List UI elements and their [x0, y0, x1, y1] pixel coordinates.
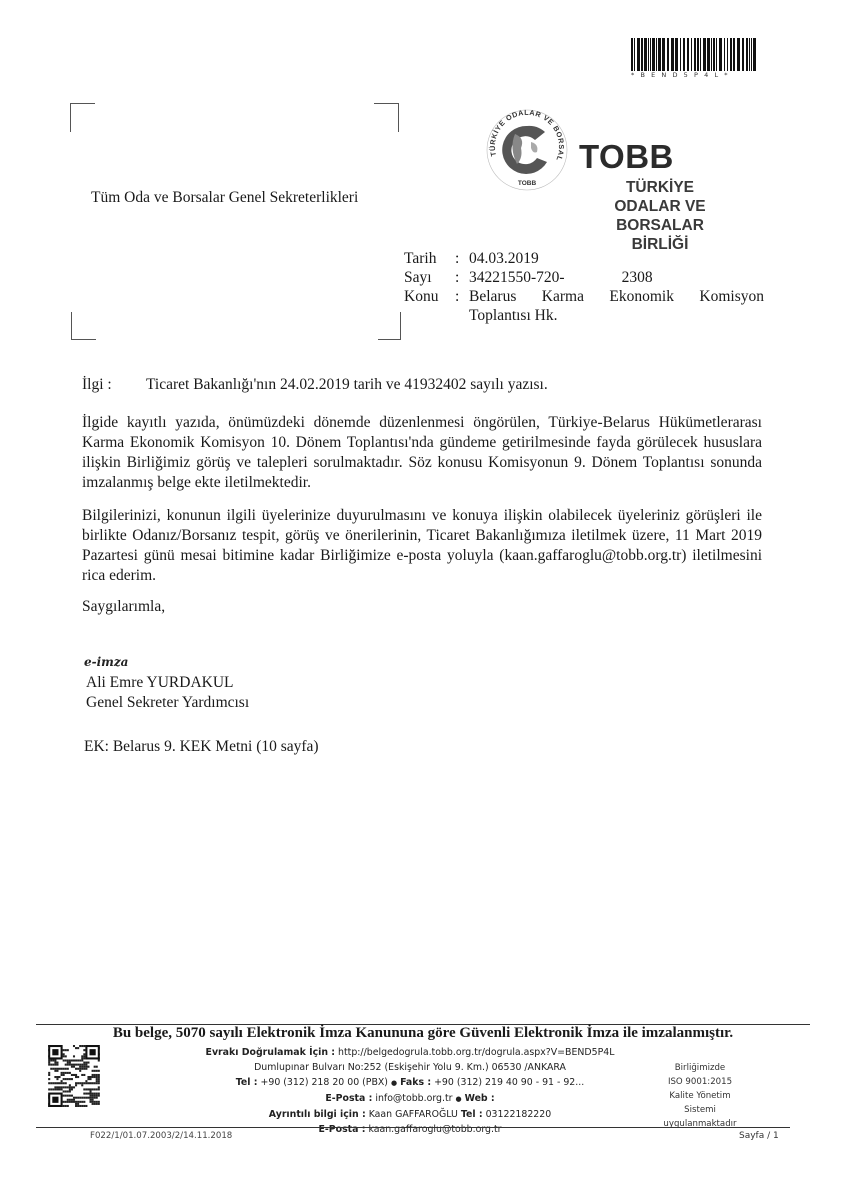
page-number: Sayfa / 1	[739, 1131, 779, 1141]
address-line: Dumlupınar Bulvarı No:252 (Eskişehir Yol…	[175, 1060, 645, 1075]
logo-organization-name: TÜRKİYE ODALAR VE BORSALAR BİRLİĞİ	[570, 178, 750, 254]
contact-name: Kaan GAFFAROĞLU	[369, 1109, 458, 1120]
meta-date-row: Tarih : 04.03.2019	[404, 249, 764, 268]
iso-certification-note: Birliğimizde ISO 9001:2015 Kalite Yöneti…	[650, 1061, 750, 1131]
barcode-text: *BEND5P4L*	[631, 71, 761, 79]
subject-line-2: Toplantısı Hk.	[469, 306, 764, 325]
subject-word: Belarus	[469, 287, 516, 306]
footer-contact-info: Evrakı Doğrulamak İçin : http://belgedog…	[175, 1045, 645, 1137]
logo-acronym: TOBB	[579, 138, 674, 176]
number-label: Sayı	[404, 268, 455, 287]
bullet-separator: ●	[391, 1079, 397, 1087]
email-link[interactable]: info@tobb.org.tr	[375, 1093, 452, 1104]
subject-word: Karma	[542, 287, 584, 306]
barcode-icon	[631, 38, 761, 71]
tel-label: Tel :	[236, 1077, 258, 1088]
signer-title: Genel Sekreter Yardımcısı	[86, 693, 249, 713]
iso-line: ISO 9001:2015	[650, 1075, 750, 1089]
iso-line: Sistemi	[650, 1103, 750, 1117]
fax-label: Faks :	[400, 1077, 431, 1088]
svg-text:TOBB: TOBB	[518, 180, 537, 187]
fax-value: +90 (312) 219 40 90 - 91 - 92...	[434, 1077, 584, 1088]
qr-code-icon	[48, 1045, 100, 1107]
address-window-corner-bottom-right	[378, 312, 401, 340]
address-window-corner-top-right	[374, 103, 399, 132]
colon: :	[455, 249, 469, 268]
number-value: 34221550-720-	[469, 269, 565, 286]
number-suffix: 2308	[622, 269, 653, 286]
tel-value: +90 (312) 218 20 00 (PBX)	[261, 1077, 388, 1088]
contact-email-label: E-Posta :	[318, 1124, 365, 1135]
subject-word: Komisyon	[699, 287, 764, 306]
email-web-line: E-Posta : info@tobb.org.tr ● Web :	[175, 1091, 645, 1107]
number-value-group: 34221550-720-2308	[469, 268, 764, 287]
recipient: Tüm Oda ve Borsalar Genel Sekreterlikler…	[91, 189, 358, 207]
tobb-emblem-icon: TÜRKİYE ODALAR VE BORSALAR BİRLİĞİ TOBB	[485, 108, 569, 192]
subject-word: Ekonomik	[609, 287, 674, 306]
body-paragraph-1: İlgide kayıtlı yazıda, önümüzdeki dönemd…	[82, 413, 762, 493]
reference-text: Ticaret Bakanlığı'nın 24.02.2019 tarih v…	[146, 376, 548, 394]
document-barcode: *BEND5P4L*	[631, 38, 761, 78]
meta-subject-row: Konu : Belarus Karma Ekonomik Komisyon T…	[404, 287, 764, 325]
contact-label: Ayrıntılı bilgi için :	[269, 1109, 366, 1120]
address-window-corner-top-left	[70, 103, 95, 132]
meta-number-row: Sayı : 34221550-720-2308	[404, 268, 764, 287]
document-meta: Tarih : 04.03.2019 Sayı : 34221550-720-2…	[404, 249, 764, 325]
iso-line: Kalite Yönetim	[650, 1089, 750, 1103]
e-signature-mark: e-imza	[84, 655, 128, 669]
contact-email-link[interactable]: kaan.gaffaroglu@tobb.org.tr	[368, 1124, 501, 1135]
body-paragraph-2: Bilgilerinizi, konunun ilgili üyeleriniz…	[82, 506, 762, 586]
contact-line: Ayrıntılı bilgi için : Kaan GAFFAROĞLU T…	[175, 1107, 645, 1122]
form-code: F022/1/01.07.2003/2/14.11.2018	[90, 1131, 232, 1141]
footer-divider-bottom	[36, 1127, 790, 1128]
verify-label: Evrakı Doğrulamak İçin :	[206, 1047, 336, 1058]
iso-line: Birliğimizde	[650, 1061, 750, 1075]
phone-line: Tel : +90 (312) 218 20 00 (PBX) ● Faks :…	[175, 1075, 645, 1091]
iso-line: uygulanmaktadır	[650, 1117, 750, 1131]
bullet-separator: ●	[455, 1095, 461, 1103]
web-label: Web :	[465, 1093, 495, 1104]
verify-line: Evrakı Doğrulamak İçin : http://belgedog…	[175, 1045, 645, 1060]
contact-tel-label: Tel :	[461, 1109, 483, 1120]
reference-label: İlgi :	[82, 376, 146, 394]
reference-line: İlgi : Ticaret Bakanlığı'nın 24.02.2019 …	[82, 376, 548, 394]
subject-label: Konu	[404, 287, 455, 325]
address-window-corner-bottom-left	[71, 312, 96, 340]
date-value: 04.03.2019	[469, 249, 764, 268]
date-label: Tarih	[404, 249, 455, 268]
email-label: E-Posta :	[325, 1093, 372, 1104]
legal-notice: Bu belge, 5070 sayılı Elektronik İmza Ka…	[36, 1025, 810, 1042]
contact-tel: 03122182220	[486, 1109, 552, 1120]
attachment-note: EK: Belarus 9. KEK Metni (10 sayfa)	[84, 738, 319, 756]
signer-name: Ali Emre YURDAKUL	[86, 673, 249, 693]
verify-link[interactable]: http://belgedogrula.tobb.org.tr/dogrula.…	[338, 1047, 614, 1058]
subject-line-1: Belarus Karma Ekonomik Komisyon	[469, 287, 764, 306]
contact-email-line: E-Posta : kaan.gaffaroglu@tobb.org.tr	[175, 1122, 645, 1137]
colon: :	[455, 287, 469, 325]
logo-line-2: ODALAR VE BORSALAR	[570, 197, 750, 235]
closing: Saygılarımla,	[82, 598, 165, 616]
colon: :	[455, 268, 469, 287]
subject-value: Belarus Karma Ekonomik Komisyon Toplantı…	[469, 287, 764, 325]
logo-line-1: TÜRKİYE	[570, 178, 750, 197]
signer-block: Ali Emre YURDAKUL Genel Sekreter Yardımc…	[86, 673, 249, 713]
